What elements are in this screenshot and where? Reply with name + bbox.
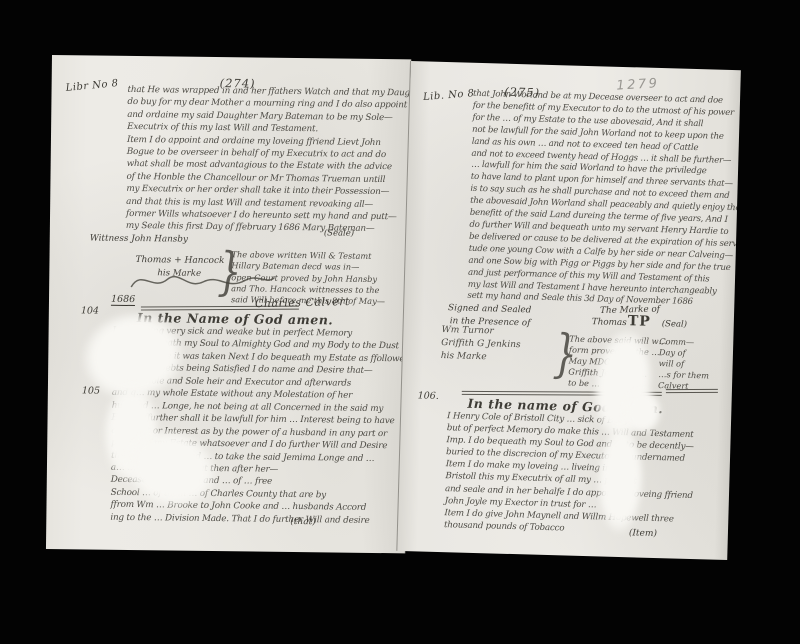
seal-note-right: (Seal) [662, 319, 688, 330]
margin-number-105: 105 [82, 385, 100, 396]
pen-flourish [127, 267, 277, 299]
mark-initials: TP [628, 313, 651, 330]
witness-line: Wittness John Hansby [90, 233, 188, 244]
will-section-right: I Henry Cole of Bristoll City … sick of … [444, 410, 695, 538]
margin-number-104: 104 [81, 305, 99, 316]
left-page: (274) Libr No 8 that He was wrapped in a… [46, 55, 412, 553]
witness-name: Thomas + Hancock [135, 255, 224, 266]
signed-sealed-line: Signed and Sealed [448, 303, 531, 315]
right-page: 1279 (275) Lib. No 8 that John Worland b… [396, 61, 741, 560]
will-body-left: that He was wrapped in and her ffathers … [126, 84, 404, 236]
flourish-rule [666, 389, 718, 393]
seal-note-left: (Seale) [324, 228, 354, 238]
section-line: ing to the … Division Made. That I do fu… [110, 512, 411, 528]
pencil-foliation: 1279 [616, 76, 660, 94]
margin-number-106: 106. [418, 390, 439, 402]
witness-line: his Marke [441, 350, 521, 365]
probate-fragments: Comm—Day ofwill of…s for themCalvert [658, 336, 710, 392]
liber-annotation-right: Lib. No 8 [423, 88, 475, 103]
liber-annotation-left: Libr No 8 [65, 78, 119, 94]
witness-list: Wm TurnorGriffith G Jenkinshis Marke [441, 324, 521, 365]
scan-canvas: (274) Libr No 8 that He was wrapped in a… [0, 0, 800, 644]
testator-name: Thomas [592, 317, 627, 328]
will-body-right: that John Worland be at my Decease overs… [467, 89, 735, 311]
probate-year: 1686 [111, 294, 135, 306]
